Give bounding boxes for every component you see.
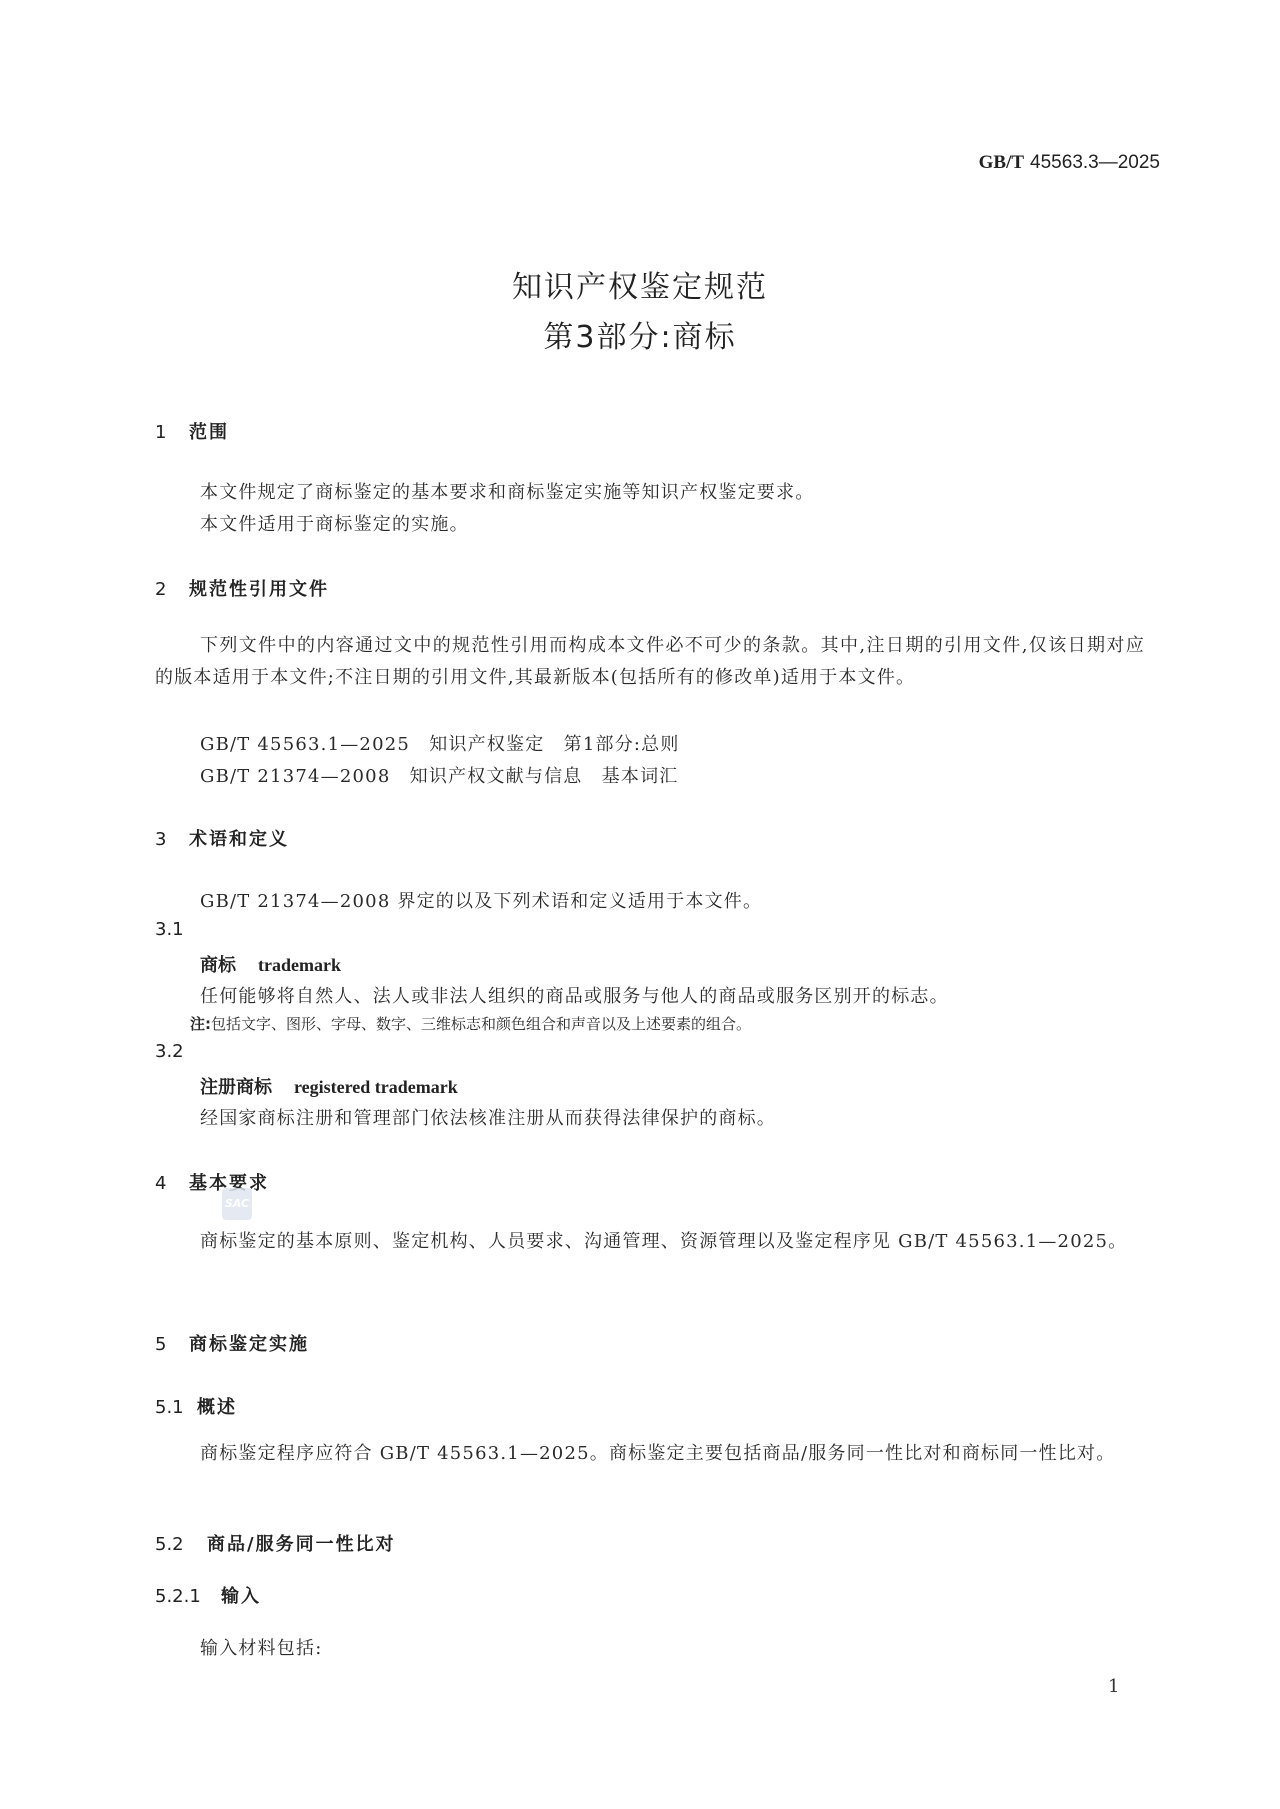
section-title: 输入	[221, 1586, 261, 1607]
note-text: 包括文字、图形、字母、数字、三维标志和颜色组合和声音以及上述要素的组合。	[211, 1015, 751, 1033]
standard-code: 45563.3—2025	[1030, 152, 1160, 173]
term-definition: 经国家商标注册和管理部门依法核准注册从而获得法律保护的商标。	[200, 1104, 776, 1130]
paragraph: 本文件适用于商标鉴定的实施。	[200, 510, 469, 536]
section-number: 1	[155, 422, 189, 443]
paragraph: 商标鉴定程序应符合 GB/T 45563.1—2025。商标鉴定主要包括商品/服…	[155, 1438, 1145, 1470]
term-heading: 商标trademark	[200, 951, 341, 977]
section-title: 规范性引用文件	[189, 579, 329, 600]
section-5-1-heading: 5.1概述	[155, 1393, 237, 1419]
paragraph: 本文件规定了商标鉴定的基本要求和商标鉴定实施等知识产权鉴定要求。	[200, 478, 814, 504]
document-subtitle: 第3部分:商标	[0, 312, 1280, 356]
term-en: registered trademark	[294, 1077, 458, 1097]
term-number: 3.1	[155, 919, 184, 940]
term-note: 注:包括文字、图形、字母、数字、三维标志和颜色组合和声音以及上述要素的组合。	[190, 1013, 751, 1034]
section-number: 5.2.1	[155, 1586, 221, 1607]
standard-prefix: GB/T	[979, 152, 1024, 173]
reference-item: GB/T 21374—2008 知识产权文献与信息 基本词汇	[200, 762, 678, 788]
term-heading: 注册商标registered trademark	[200, 1073, 458, 1099]
document-title: 知识产权鉴定规范	[0, 262, 1280, 306]
section-number: 4	[155, 1173, 189, 1194]
section-5-2-heading: 5.2商品/服务同一性比对	[155, 1530, 396, 1556]
section-title: 术语和定义	[189, 829, 289, 850]
term-zh: 注册商标	[200, 1077, 272, 1098]
note-label: 注:	[190, 1015, 211, 1033]
section-5-2-1-heading: 5.2.1输入	[155, 1582, 261, 1608]
page-number: 1	[1108, 1676, 1119, 1697]
reference-item: GB/T 45563.1—2025 知识产权鉴定 第1部分:总则	[200, 730, 680, 756]
section-title: 概述	[197, 1397, 237, 1418]
paragraph: GB/T 21374—2008 界定的以及下列术语和定义适用于本文件。	[200, 887, 762, 913]
section-2-heading: 2规范性引用文件	[155, 575, 329, 601]
section-number: 2	[155, 579, 189, 600]
section-number: 5	[155, 1334, 189, 1355]
section-5-heading: 5商标鉴定实施	[155, 1330, 309, 1356]
section-1-heading: 1范围	[155, 418, 229, 444]
sac-watermark-logo: SAC	[222, 1188, 252, 1220]
term-zh: 商标	[200, 955, 236, 976]
section-number: 3	[155, 829, 189, 850]
paragraph: 输入材料包括:	[200, 1634, 322, 1660]
paragraph: 下列文件中的内容通过文中的规范性引用而构成本文件必不可少的条款。其中,注日期的引…	[155, 630, 1145, 694]
section-3-heading: 3术语和定义	[155, 825, 289, 851]
term-en: trademark	[258, 955, 341, 975]
section-number: 5.2	[155, 1534, 207, 1555]
section-number: 5.1	[155, 1397, 197, 1418]
standard-number: GB/T45563.3—2025	[979, 152, 1160, 174]
term-definition: 任何能够将自然人、法人或非法人组织的商品或服务与他人的商品或服务区别开的标志。	[200, 982, 949, 1008]
section-title: 商标鉴定实施	[189, 1334, 309, 1355]
paragraph: 商标鉴定的基本原则、鉴定机构、人员要求、沟通管理、资源管理以及鉴定程序见 GB/…	[155, 1226, 1145, 1258]
section-title: 范围	[189, 422, 229, 443]
section-title: 商品/服务同一性比对	[207, 1534, 396, 1555]
term-number: 3.2	[155, 1041, 184, 1062]
